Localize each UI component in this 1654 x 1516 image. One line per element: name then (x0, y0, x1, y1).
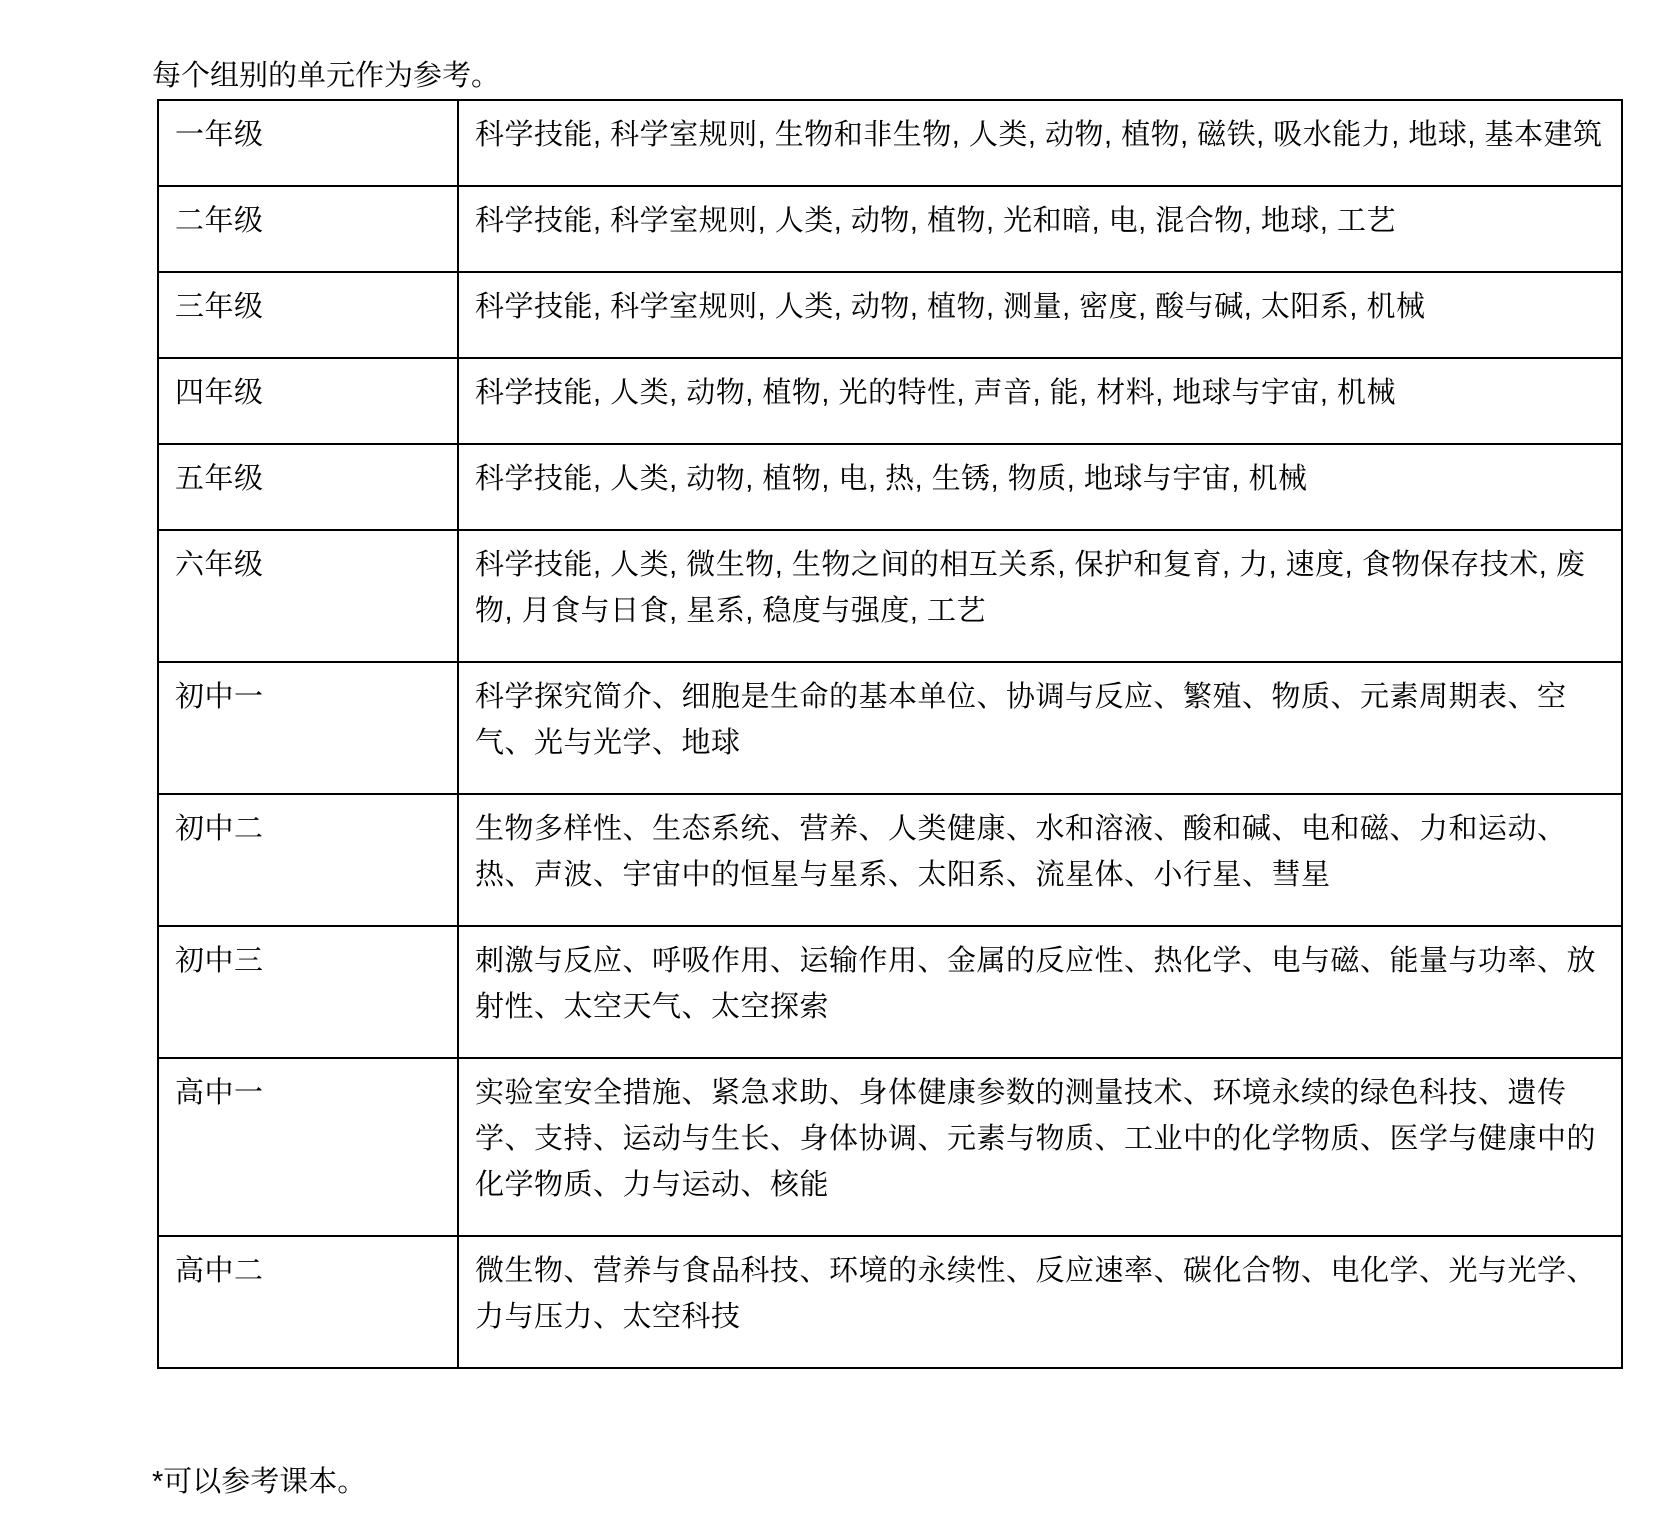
units-cell: 科学技能, 人类, 动物, 植物, 电, 热, 生锈, 物质, 地球与宇宙, 机… (458, 444, 1622, 530)
grade-cell: 四年级 (158, 358, 458, 444)
table-row: 四年级 科学技能, 人类, 动物, 植物, 光的特性, 声音, 能, 材料, 地… (158, 358, 1622, 444)
units-cell: 生物多样性、生态系统、营养、人类健康、水和溶液、酸和碱、电和磁、力和运动、热、声… (458, 794, 1622, 926)
units-cell: 刺激与反应、呼吸作用、运输作用、金属的反应性、热化学、电与磁、能量与功率、放射性… (458, 926, 1622, 1058)
grade-cell: 初中三 (158, 926, 458, 1058)
grade-cell: 一年级 (158, 100, 458, 186)
table-row: 三年级 科学技能, 科学室规则, 人类, 动物, 植物, 测量, 密度, 酸与碱… (158, 272, 1622, 358)
table-row: 初中二 生物多样性、生态系统、营养、人类健康、水和溶液、酸和碱、电和磁、力和运动… (158, 794, 1622, 926)
units-cell: 实验室安全措施、紧急求助、身体健康参数的测量技术、环境永续的绿色科技、遗传学、支… (458, 1058, 1622, 1236)
grade-cell: 初中一 (158, 662, 458, 794)
table-row: 二年级 科学技能, 科学室规则, 人类, 动物, 植物, 光和暗, 电, 混合物… (158, 186, 1622, 272)
grade-cell: 初中二 (158, 794, 458, 926)
grade-cell: 高中一 (158, 1058, 458, 1236)
intro-text: 每个组别的单元作为参考。 (152, 53, 500, 99)
table-row: 高中二 微生物、营养与食品科技、环境的永续性、反应速率、碳化合物、电化学、光与光… (158, 1236, 1622, 1368)
curriculum-table: 一年级 科学技能, 科学室规则, 生物和非生物, 人类, 动物, 植物, 磁铁,… (157, 99, 1623, 1369)
table-row: 高中一 实验室安全措施、紧急求助、身体健康参数的测量技术、环境永续的绿色科技、遗… (158, 1058, 1622, 1236)
grade-cell: 高中二 (158, 1236, 458, 1368)
table-row: 一年级 科学技能, 科学室规则, 生物和非生物, 人类, 动物, 植物, 磁铁,… (158, 100, 1622, 186)
table-row: 六年级 科学技能, 人类, 微生物, 生物之间的相互关系, 保护和复育, 力, … (158, 530, 1622, 662)
curriculum-table-body: 一年级 科学技能, 科学室规则, 生物和非生物, 人类, 动物, 植物, 磁铁,… (158, 100, 1622, 1368)
footnote-text: *可以参考课本。 (152, 1459, 366, 1505)
document-page: 每个组别的单元作为参考。 一年级 科学技能, 科学室规则, 生物和非生物, 人类… (0, 0, 1654, 1516)
grade-cell: 二年级 (158, 186, 458, 272)
units-cell: 科学探究简介、细胞是生命的基本单位、协调与反应、繁殖、物质、元素周期表、空气、光… (458, 662, 1622, 794)
grade-cell: 五年级 (158, 444, 458, 530)
units-cell: 科学技能, 科学室规则, 生物和非生物, 人类, 动物, 植物, 磁铁, 吸水能… (458, 100, 1622, 186)
units-cell: 科学技能, 人类, 动物, 植物, 光的特性, 声音, 能, 材料, 地球与宇宙… (458, 358, 1622, 444)
units-cell: 科学技能, 人类, 微生物, 生物之间的相互关系, 保护和复育, 力, 速度, … (458, 530, 1622, 662)
table-row: 初中一 科学探究简介、细胞是生命的基本单位、协调与反应、繁殖、物质、元素周期表、… (158, 662, 1622, 794)
table-row: 五年级 科学技能, 人类, 动物, 植物, 电, 热, 生锈, 物质, 地球与宇… (158, 444, 1622, 530)
units-cell: 微生物、营养与食品科技、环境的永续性、反应速率、碳化合物、电化学、光与光学、力与… (458, 1236, 1622, 1368)
grade-cell: 三年级 (158, 272, 458, 358)
units-cell: 科学技能, 科学室规则, 人类, 动物, 植物, 测量, 密度, 酸与碱, 太阳… (458, 272, 1622, 358)
grade-cell: 六年级 (158, 530, 458, 662)
units-cell: 科学技能, 科学室规则, 人类, 动物, 植物, 光和暗, 电, 混合物, 地球… (458, 186, 1622, 272)
table-row: 初中三 刺激与反应、呼吸作用、运输作用、金属的反应性、热化学、电与磁、能量与功率… (158, 926, 1622, 1058)
